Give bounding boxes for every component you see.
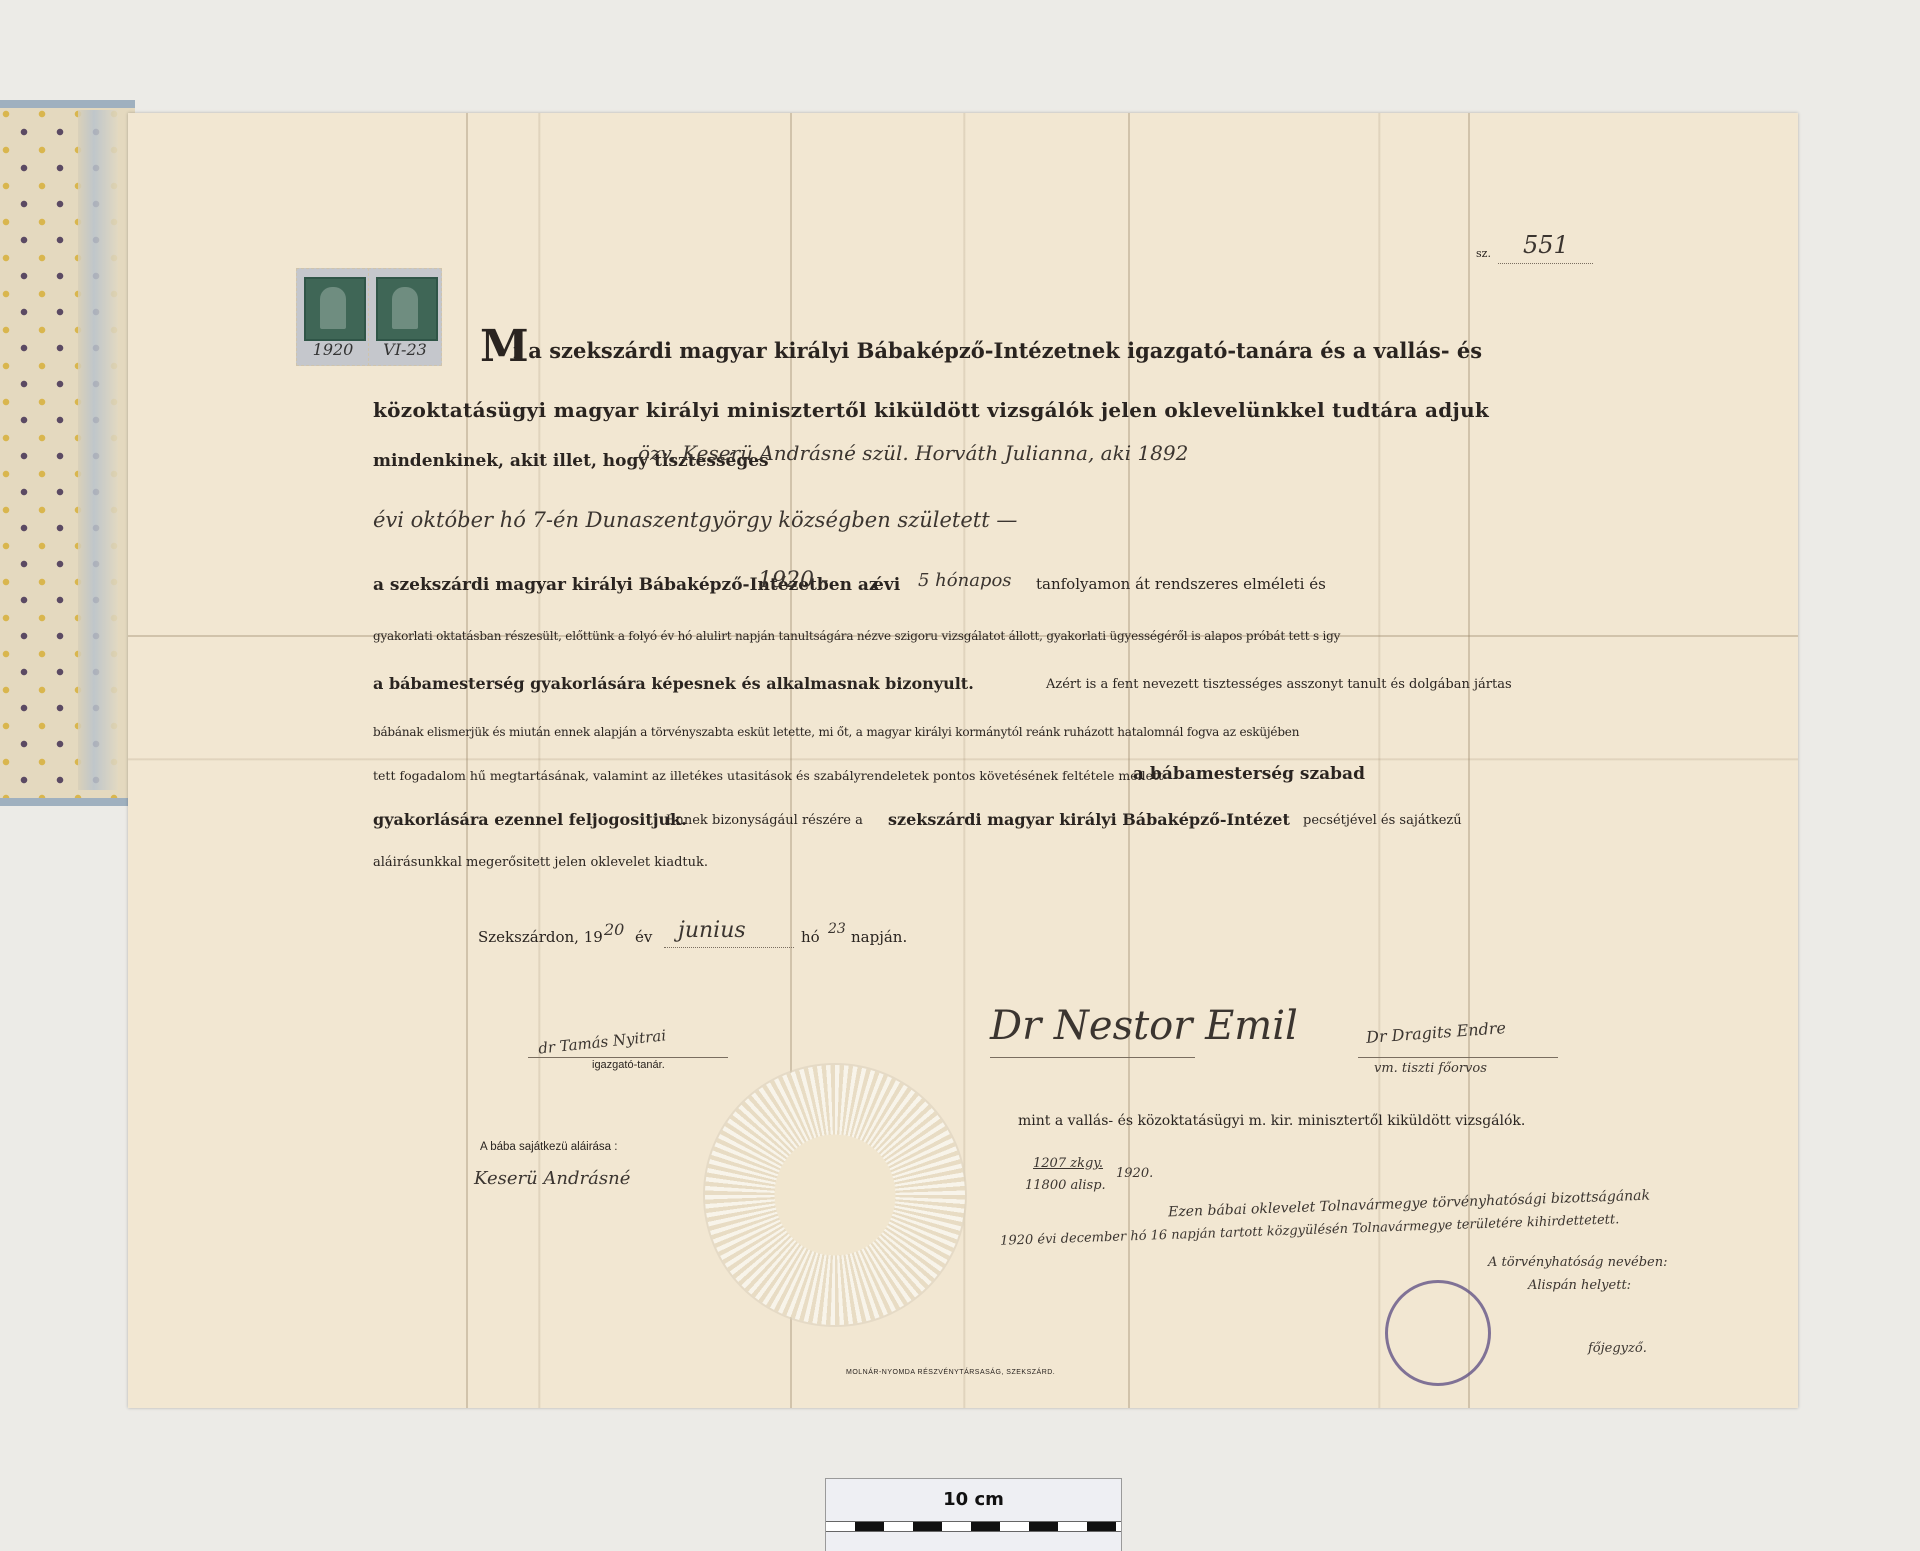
examiner-signature-2: Dr Dragits Endre (1366, 1018, 1507, 1047)
text-line-11: aláirásunkkal megerősitett jelen oklevel… (373, 855, 708, 870)
text-line-1: i a szekszárdi magyar királyi Bábaképző-… (513, 338, 1482, 363)
fold-line (1468, 113, 1470, 1408)
director-signature: dr Tamás Nyitrai (537, 1026, 666, 1057)
printer-imprint: MOLNÁR-NYOMDA RÉSZVÉNYTÁRSASÁG, SZEKSZÁR… (846, 1369, 1055, 1376)
fold-line (466, 113, 468, 1408)
examiner-signature-1: Dr Nestor Emil (990, 1003, 1298, 1049)
scale-bar-label: 10 cm (826, 1489, 1121, 1510)
revenue-stamp: VI-23 (368, 268, 442, 366)
scale-bar: 10 cm (825, 1478, 1122, 1551)
text-line-6: gyakorlati oktatásban részesült, előttün… (373, 629, 1340, 643)
book-spine (78, 110, 118, 790)
text-line-7: a bábamesterség gyakorlására képesnek és… (373, 674, 974, 693)
revenue-stamp: 1920 (296, 268, 370, 366)
handwritten-birth: évi október hó 7-én Dunaszentgyörgy közs… (373, 508, 1017, 532)
handwritten-course-year: 1920 - (758, 568, 828, 593)
text-line-9: tett fogadalom hű megtartásának, valamin… (373, 768, 1163, 783)
examiners-caption: mint a vallás- és közoktatásügyi m. kir.… (1018, 1113, 1525, 1129)
examiner-2-title: vm. tiszti főorvos (1374, 1061, 1487, 1076)
stamp-image (376, 277, 438, 341)
text-line-8: bábának elismerjük és miután ennek alapj… (373, 725, 1299, 739)
serial-label: sz. (1476, 247, 1491, 260)
midwife-signature-label: A bába sajátkezü aláirása : (480, 1141, 617, 1153)
midwife-signature: Keserü Andrásné (474, 1168, 630, 1189)
scale-bar-ruler (826, 1521, 1121, 1532)
fold-line (1128, 113, 1130, 1408)
text-line-10: gyakorlására ezennel feljogositjuk. (373, 810, 687, 829)
stamp-image (304, 277, 366, 341)
county-ink-stamp (1385, 1280, 1491, 1386)
handwritten-name: özv. Keserü Andrásné szül. Horváth Julia… (638, 441, 1188, 465)
serial-number: 551 (1523, 231, 1569, 259)
director-title: igazgató-tanár. (592, 1059, 665, 1071)
text-line-2: közoktatásügyi magyar királyi minisztert… (373, 398, 1489, 422)
handwritten-course-length: 5 hónapos (918, 570, 1012, 591)
embossed-paper-seal (705, 1065, 965, 1325)
